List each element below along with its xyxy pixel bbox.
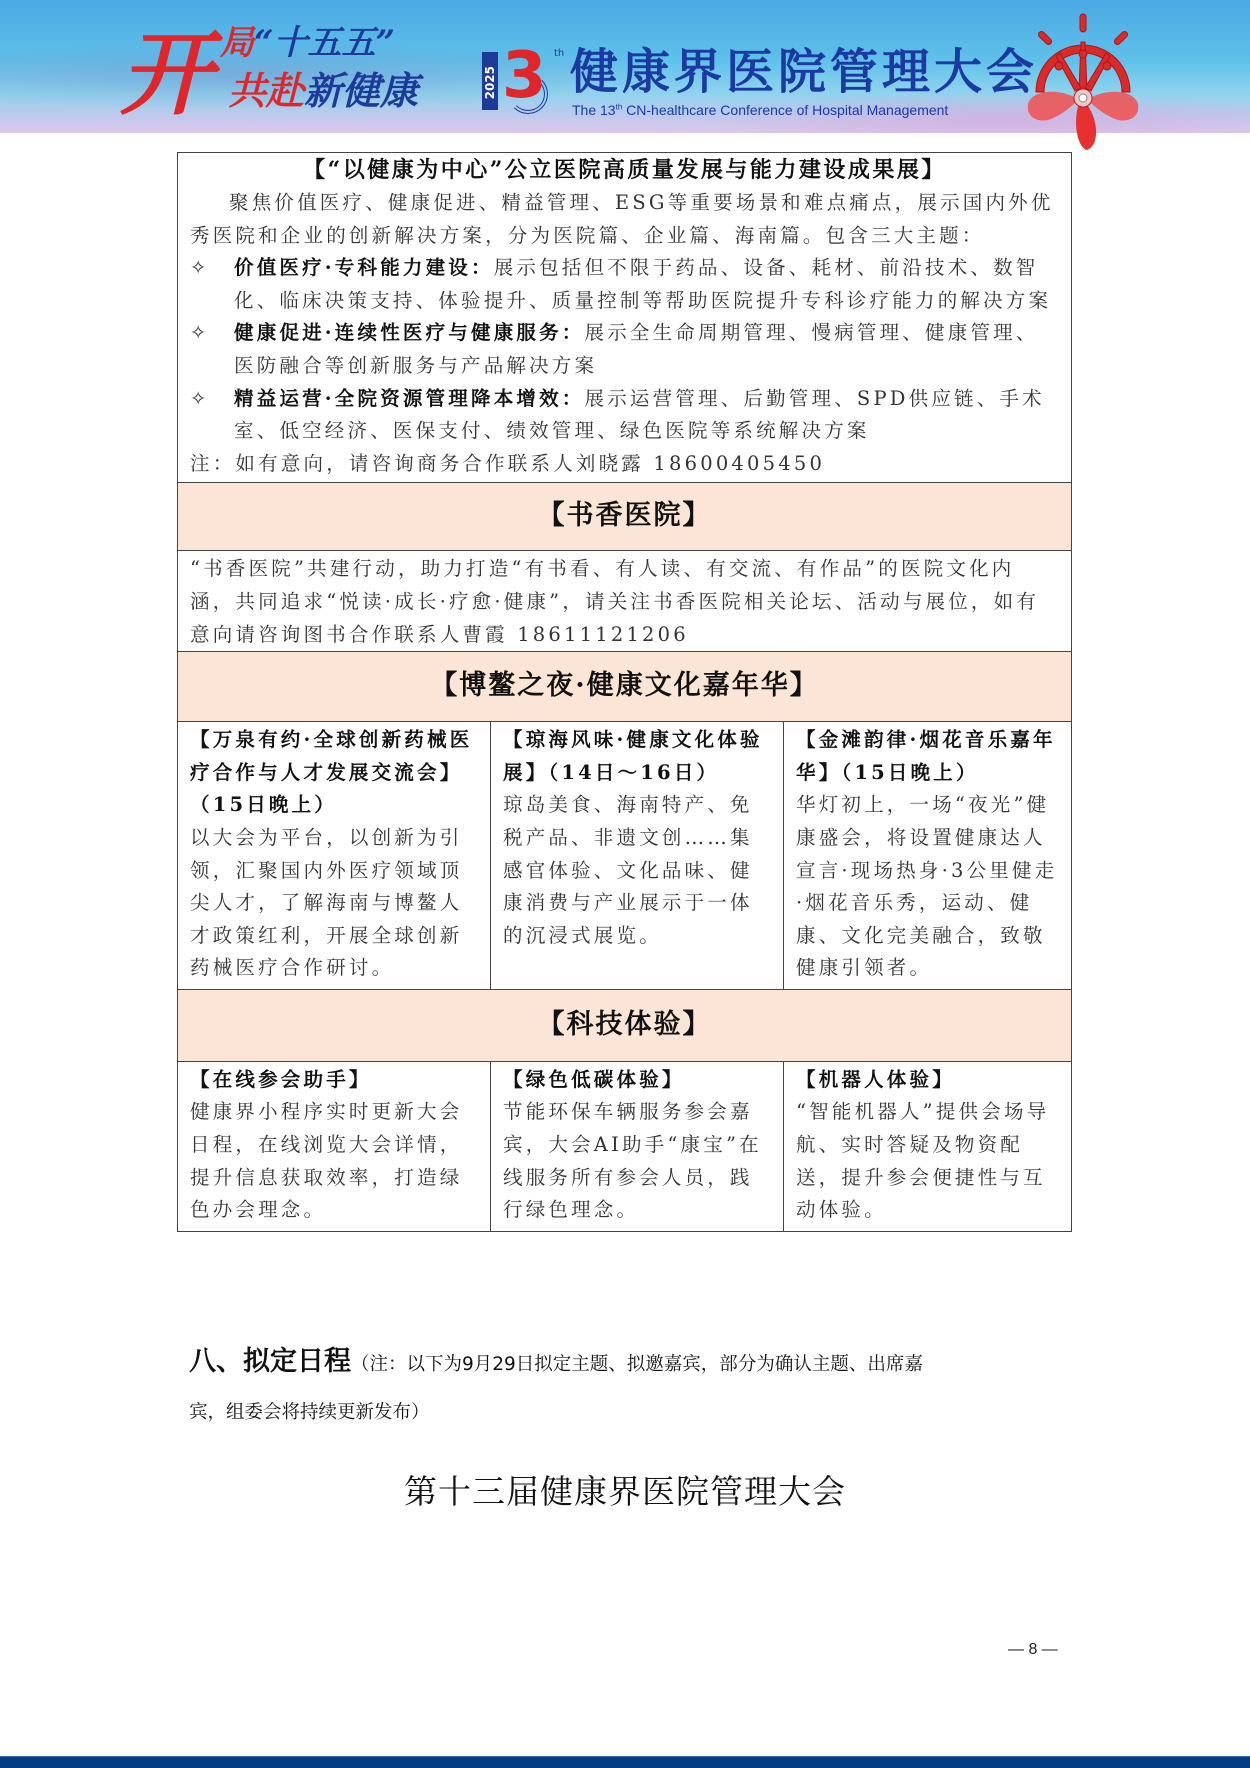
page-number: — 8 — [1008, 1641, 1058, 1659]
logo-suffix: th [554, 48, 564, 59]
schedule-heading-line: 八、拟定日程（注：以下为9月29日拟定主题、拟邀嘉宾，部分为确认主题、出席嘉 [189, 1338, 1069, 1389]
tech-item-cell: 【在线参会助手】 健康界小程序实时更新大会日程，在线浏览大会详情，提升信息获取效… [178, 1062, 491, 1231]
subtitle-text: The 13 [572, 102, 616, 118]
shuxiang-text: “书香医院”共建行动，助力打造“有书看、有人读、有交流、有作品”的医院文化内涵，… [190, 553, 1059, 651]
slogan-line-2: 共赴新健康 [228, 72, 418, 110]
slogan-text: 局 [220, 23, 254, 63]
diamond-bullet-icon: ✧ [190, 383, 234, 448]
slogan-text: 新健康 [304, 68, 418, 113]
diamond-bullet-icon: ✧ [190, 252, 234, 317]
schedule-section: 八、拟定日程（注：以下为9月29日拟定主题、拟邀嘉宾，部分为确认主题、出席嘉 宾… [189, 1338, 1069, 1437]
footer-bar [0, 1756, 1250, 1768]
conference-schedule-title: 第十三届健康界医院管理大会 [0, 1466, 1250, 1513]
slogan-line-1: 局“十五五” [220, 26, 395, 60]
conference-title: 健康界医院管理大会 [570, 48, 1038, 96]
theme-bullet: ✧ 精益运营·全院资源管理降本增效：展示运营管理、后勤管理、SPD供应链、手术室… [190, 383, 1059, 448]
exhibition-contact-note: 注：如有意向，请咨询商务合作联系人刘晓露 18600405450 [190, 448, 1059, 481]
diamond-bullet-icon: ✧ [190, 317, 234, 382]
ship-wheel-propeller-icon [1018, 12, 1148, 152]
tech-experience-columns: 【在线参会助手】 健康界小程序实时更新大会日程，在线浏览大会详情，提升信息获取效… [178, 1062, 1071, 1231]
event-heading: 【琼海风味·健康文化体验展】（14日～16日） [503, 724, 773, 789]
boao-night-columns: 【万泉有约·全球创新药械医疗合作与人才发展交流会】（15日晚上） 以大会为平台，… [178, 722, 1071, 990]
section-note-continued: 宾，组委会将持续更新发布） [189, 1389, 1069, 1437]
boao-event-cell: 【琼海风味·健康文化体验展】（14日～16日） 琼岛美食、海南特产、免税产品、非… [491, 722, 784, 989]
tech-item-cell: 【绿色低碳体验】 节能环保车辆服务参会嘉宾，大会AI助手“康宝”在线服务所有参会… [491, 1062, 784, 1231]
exhibition-activities-table: 【“以健康为中心”公立医院高质量发展与能力建设成果展】 聚焦价值医疗、健康促进、… [177, 152, 1072, 1232]
13th-edition-logo: 2025 3 th [482, 52, 562, 114]
exhibition-title: 【“以健康为中心”公立医院高质量发展与能力建设成果展】 [190, 153, 1059, 187]
theme-bullet: ✧ 健康促进·连续性医疗与健康服务：展示全生命周期管理、慢病管理、健康管理、医防… [190, 317, 1059, 382]
tech-text: “智能机器人”提供会场导航、实时答疑及物资配送，提升参会便捷性与互动体验。 [796, 1096, 1061, 1226]
event-heading: 【金滩韵律·烟花音乐嘉年华】（15日晚上） [796, 724, 1061, 789]
slogan-text: 共赴 [228, 68, 304, 113]
tech-heading: 【绿色低碳体验】 [503, 1064, 773, 1097]
logo-number: 3 [502, 44, 547, 108]
section-note: （注：以下为9月29日拟定主题、拟邀嘉宾，部分为确认主题、出席嘉 [351, 1354, 923, 1375]
tech-item-cell: 【机器人体验】 “智能机器人”提供会场导航、实时答疑及物资配送，提升参会便捷性与… [784, 1062, 1071, 1231]
slogan-logo: 开 局“十五五” 共赴新健康 [120, 22, 460, 132]
theme-label: 精益运营·全院资源管理降本增效： [234, 387, 585, 410]
shuxiang-section: “书香医院”共建行动，助力打造“有书看、有人读、有交流、有作品”的医院文化内涵，… [178, 551, 1071, 652]
theme-bullet: ✧ 价值医疗·专科能力建设：展示包括但不限于药品、设备、耗材、前沿技术、数智化、… [190, 252, 1059, 317]
theme-label: 健康促进·连续性医疗与健康服务： [234, 321, 585, 344]
boao-event-cell: 【万泉有约·全球创新药械医疗合作与人才发展交流会】（15日晚上） 以大会为平台，… [178, 722, 491, 989]
logo-year: 2025 [483, 66, 497, 99]
tech-heading: 【在线参会助手】 [190, 1064, 480, 1097]
conference-subtitle: The 13th CN-healthcare Conference of Hos… [572, 102, 948, 118]
year-bar: 2025 [482, 52, 498, 110]
tech-text: 节能环保车辆服务参会嘉宾，大会AI助手“康宝”在线服务所有参会人员，践行绿色理念… [503, 1096, 773, 1226]
boao-event-cell: 【金滩韵律·烟花音乐嘉年华】（15日晚上） 华灯初上，一场“夜光”健康盛会，将设… [784, 722, 1071, 989]
exhibition-intro: 聚焦价值医疗、健康促进、精益管理、ESG等重要场景和难点痛点，展示国内外优秀医院… [190, 187, 1059, 252]
slogan-big-char: 开 [120, 28, 212, 120]
event-text: 以大会为平台，以创新为引领，汇聚国内外医疗领域顶尖人才，了解海南与博鳌人才政策红… [190, 822, 480, 985]
shuxiang-header: 【书香医院】 [178, 483, 1071, 551]
exhibition-section: 【“以健康为中心”公立医院高质量发展与能力建设成果展】 聚焦价值医疗、健康促进、… [178, 153, 1071, 483]
tech-text: 健康界小程序实时更新大会日程，在线浏览大会详情，提升信息获取效率，打造绿色办会理… [190, 1096, 480, 1226]
event-heading: 【万泉有约·全球创新药械医疗合作与人才发展交流会】（15日晚上） [190, 724, 480, 822]
section-heading: 八、拟定日程 [189, 1346, 351, 1377]
event-text: 琼岛美食、海南特产、免税产品、非遗文创……集感官体验、文化品味、健康消费与产业展… [503, 789, 773, 952]
event-text: 华灯初上，一场“夜光”健康盛会，将设置健康达人宣言·现场热身·3公里健走·烟花音… [796, 789, 1061, 985]
tech-experience-header: 【科技体验】 [178, 990, 1071, 1062]
slogan-text: “十五五” [254, 23, 395, 63]
subtitle-text: CN-healthcare Conference of Hospital Man… [622, 102, 948, 118]
theme-label: 价值医疗·专科能力建设： [234, 256, 494, 279]
tech-heading: 【机器人体验】 [796, 1064, 1061, 1097]
boao-night-header: 【博鳌之夜·健康文化嘉年华】 [178, 652, 1071, 722]
